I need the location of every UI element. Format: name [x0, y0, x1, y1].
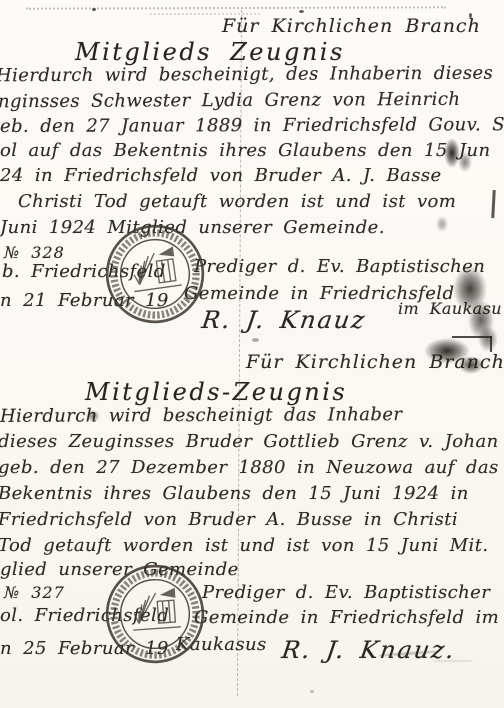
seal-graphic [96, 215, 213, 332]
speck [92, 8, 96, 11]
corner-mark [490, 336, 492, 352]
cert2-body-line: geb. den 27 Dezember 1880 in Neuzowa auf… [0, 459, 499, 477]
cert2-body-line: Tod getauft worden ist und ist von 15 Ju… [0, 537, 488, 555]
cert2-title: Mitglieds-Zeugnis [85, 380, 347, 404]
church-seal-stamp [96, 215, 213, 332]
speck [469, 13, 472, 18]
scanned-document-page: Für Kirchlichen Branch Mitglieds Zeugnis… [0, 0, 504, 708]
corner-mark [452, 336, 492, 338]
cert2-body-line: Hierdurch wird bescheinigt das Inhaber [0, 406, 402, 426]
pen-streak [432, 660, 474, 662]
speck [252, 338, 259, 342]
church-seal-stamp [99, 558, 210, 669]
speck [299, 10, 304, 13]
cert2-preacher-line: Prediger d. Ev. Baptistischer [202, 584, 490, 602]
speck [310, 690, 314, 693]
cert2-body-line: dieses Zeuginsses Bruder Gottlieb Grenz … [0, 433, 499, 451]
cert2-body-line: Bekentnis ihres Glaubens den 15 Juni 192… [0, 485, 469, 503]
speck [430, 468, 435, 472]
cert2-body-line: Friedrichsfeld von Bruder A. Busse in Ch… [0, 511, 458, 529]
seal-graphic [99, 558, 210, 669]
cert2-congregation-line: Gemeinde in Friedrichsfeld im [194, 609, 499, 627]
cert2-number: № 327 [4, 585, 65, 601]
